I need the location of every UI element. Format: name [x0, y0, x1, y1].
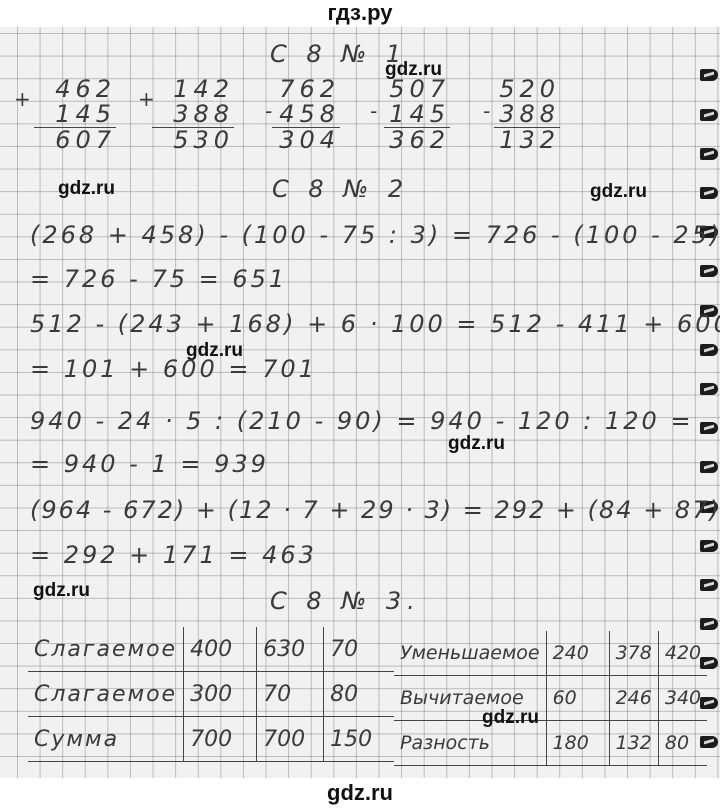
spiral-ring-icon	[700, 383, 718, 395]
table-row: Слагаемое 300 70 80	[28, 672, 394, 717]
row-label: Уменьшаемое	[394, 631, 546, 676]
operand-b: 145	[384, 102, 450, 127]
spiral-ring-icon	[700, 422, 718, 434]
expression-line: = 940 - 1 = 939	[30, 450, 269, 478]
spiral-ring-icon	[700, 109, 718, 121]
expression-line: 512 - (243 + 168) + 6 · 100 = 512 - 411 …	[30, 310, 720, 338]
watermark: gdz.ru	[590, 181, 647, 203]
row-label: Слагаемое	[28, 672, 184, 717]
operator: +	[14, 87, 31, 111]
expression-line: = 101 + 600 = 701	[30, 355, 317, 383]
spiral-ring-icon	[700, 461, 718, 473]
operand-a: 762	[272, 77, 340, 102]
row-label: Сумма	[28, 717, 184, 762]
site-footer: gdz.ru	[0, 778, 720, 811]
spiral-ring-icon	[700, 540, 718, 552]
watermark: gdz.ru	[448, 433, 505, 455]
expression-line: = 726 - 75 = 651	[30, 265, 287, 293]
operand-b: 388	[152, 102, 234, 127]
site-footer-name: gdz.ru	[327, 780, 393, 805]
operand-a: 520	[494, 77, 560, 102]
exercise-2-title: С 8 № 2	[272, 175, 409, 203]
column-sum: 462 145 607	[34, 77, 116, 153]
result: 362	[384, 127, 450, 153]
operand-b: 145	[34, 102, 116, 127]
spiral-ring-icon	[700, 187, 718, 199]
cell: 150	[324, 717, 395, 762]
cell: 70	[324, 627, 395, 672]
operand-b: 388	[494, 102, 560, 127]
spiral-ring-icon	[700, 618, 718, 630]
cell: 378	[609, 631, 658, 676]
column-difference: 507 145 362	[384, 77, 450, 153]
table-row: Сумма 700 700 150	[28, 717, 394, 762]
cell: 80	[658, 721, 707, 766]
cell: 400	[184, 627, 257, 672]
operand-b: 458	[272, 102, 340, 127]
cell: 70	[257, 672, 324, 717]
expression-line: (268 + 458) - (100 - 75 : 3) = 726 - (10…	[30, 221, 720, 249]
cell: 340	[658, 676, 707, 721]
addition-table: Слагаемое 400 630 70 Слагаемое 300 70 80…	[28, 627, 394, 762]
watermark: gdz.ru	[482, 707, 539, 729]
watermark: gdz.ru	[33, 580, 90, 602]
table-row: Слагаемое 400 630 70	[28, 627, 394, 672]
operand-a: 507	[384, 77, 450, 102]
exercise-3-title: С 8 № 3.	[270, 587, 421, 615]
table-row: Вычитаемое 60 246 340	[394, 676, 707, 721]
cell: 300	[184, 672, 257, 717]
operator: -	[370, 99, 377, 123]
cell: 246	[609, 676, 658, 721]
cell: 132	[609, 721, 658, 766]
spiral-ring-icon	[700, 265, 718, 277]
result: 607	[34, 127, 116, 153]
spiral-ring-icon	[700, 148, 718, 160]
row-label: Слагаемое	[28, 627, 184, 672]
expression-line: 940 - 24 · 5 : (210 - 90) = 940 - 120 : …	[30, 407, 694, 435]
column-sum: 142 388 530	[152, 77, 234, 153]
operand-a: 142	[152, 77, 234, 102]
cell: 700	[184, 717, 257, 762]
notebook-page: С 8 № 1 gdz.ru + 462 145 607 + 142 388 5…	[0, 27, 720, 778]
site-header: гдз.ру	[0, 0, 720, 27]
cell: 630	[257, 627, 324, 672]
result: 132	[494, 127, 560, 153]
operand-a: 462	[34, 77, 116, 102]
column-difference: 520 388 132	[494, 77, 560, 153]
table-row: Разность 180 132 80	[394, 721, 707, 766]
expression-line: = 292 + 171 = 463	[30, 541, 317, 569]
cell: 60	[546, 676, 609, 721]
site-title: гдз.ру	[328, 0, 393, 25]
result: 304	[272, 127, 340, 153]
cell: 240	[546, 631, 609, 676]
spiral-ring-icon	[700, 579, 718, 591]
cell: 420	[658, 631, 707, 676]
operator: -	[483, 99, 490, 123]
result: 530	[152, 127, 234, 153]
spiral-ring-icon	[700, 344, 718, 356]
watermark: gdz.ru	[58, 178, 115, 200]
cell: 180	[546, 721, 609, 766]
cell: 80	[324, 672, 395, 717]
column-difference: 762 458 304	[272, 77, 340, 153]
subtraction-table: Уменьшаемое 240 378 420 Вычитаемое 60 24…	[394, 631, 707, 766]
table-row: Уменьшаемое 240 378 420	[394, 631, 707, 676]
cell: 700	[257, 717, 324, 762]
spiral-ring-icon	[700, 69, 718, 81]
expression-line: (964 - 672) + (12 · 7 + 29 · 3) = 292 + …	[30, 496, 720, 524]
